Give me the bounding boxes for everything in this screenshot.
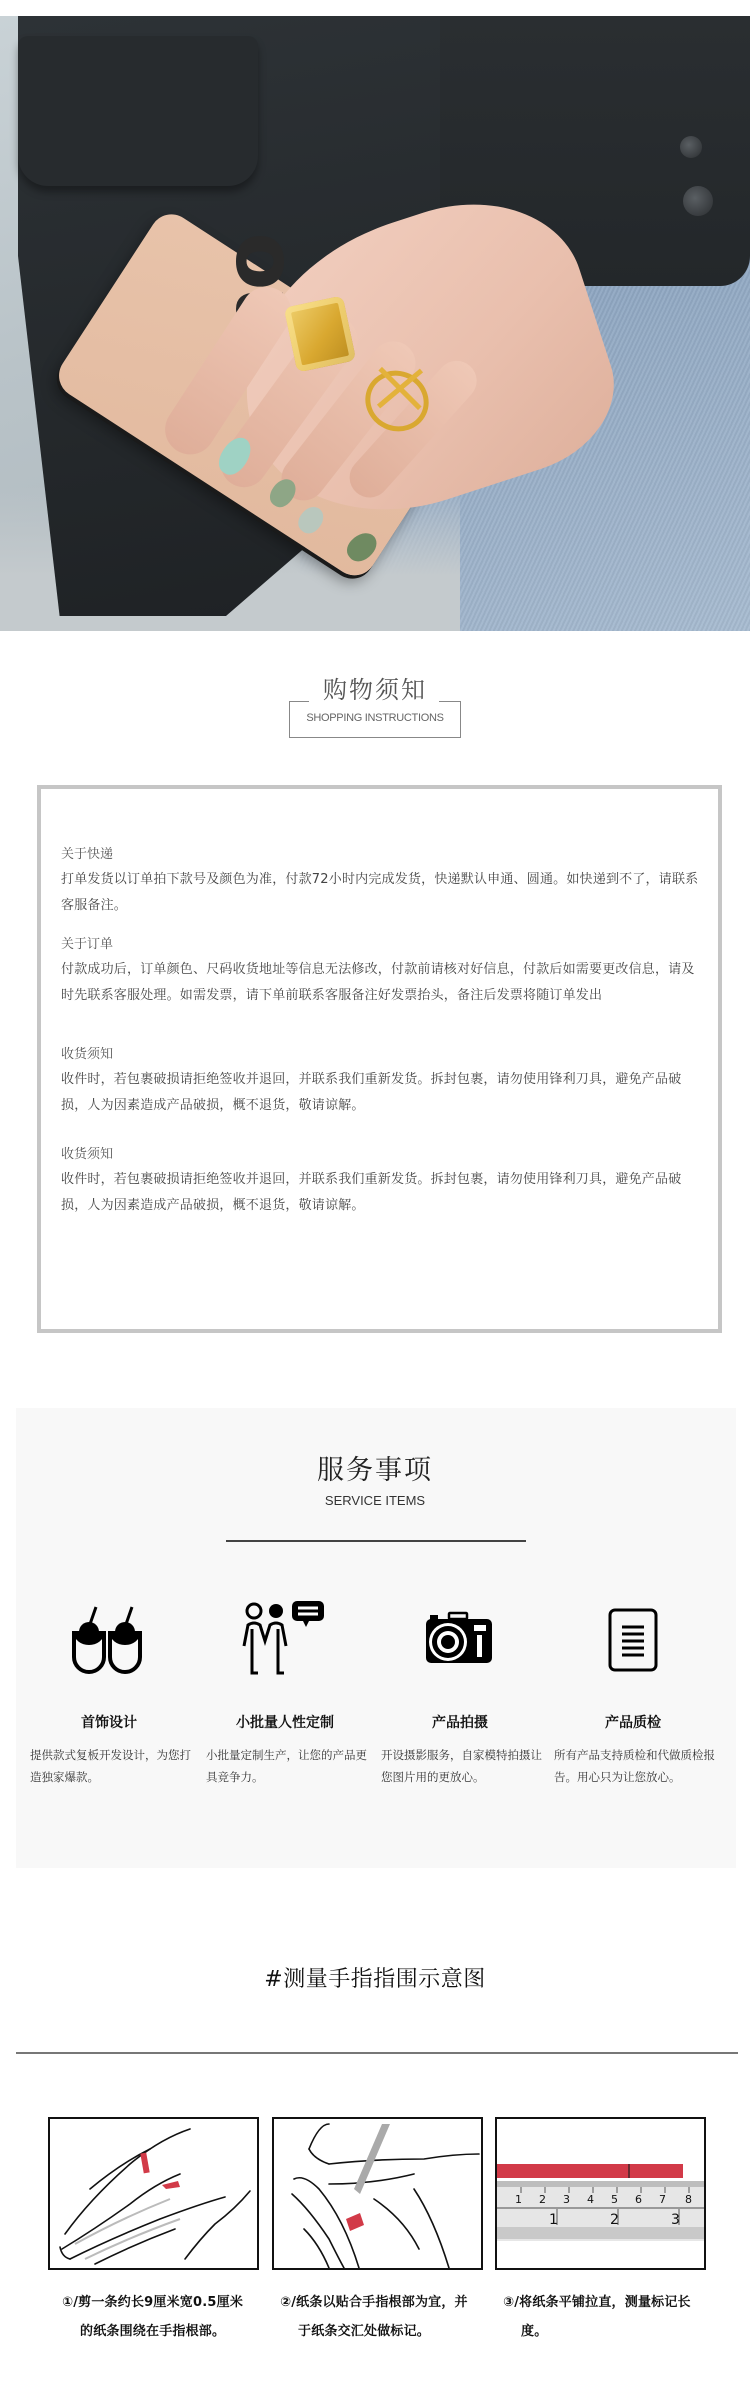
ruler-illustration: 1 2 3 4 5 6 7 8 1 2 3 (497, 2119, 704, 2268)
measure-step-2-caption: ②/纸条以贴合手指根部为宜，并 于纸条交汇处做标记。 (280, 2288, 468, 2346)
measure-divider (16, 2052, 738, 2054)
jacket-pocket (18, 36, 258, 186)
instruction-section-receiving: 收货须知 收件时，若包裹破损请拒绝签收并退回，并联系我们重新发货。拆封包裹，请勿… (61, 1045, 701, 1119)
ruler-mm-label: 5 (611, 2193, 618, 2206)
instruction-heading: 关于快递 (61, 845, 701, 865)
ruler-inch-label: 2 (610, 2212, 619, 2228)
sleeve-button (683, 186, 713, 216)
shopping-instructions-box: 关于快递 打单发货以订单拍下款号及颜色为准，付款72小时内完成发货，快递默认申通… (37, 785, 722, 1333)
ruler-mm-label: 1 (515, 2193, 522, 2206)
instruction-body: 付款成功后，订单颜色、尺码收货地址等信息无法修改，付款前请核对好信息，付款后如需… (61, 957, 701, 1009)
service-item-desc: 提供款式复板开发设计，为您打造独家爆款。 (24, 1744, 194, 1788)
ruler-mm-label: 3 (563, 2193, 570, 2206)
ruler-inch-label: 1 (549, 2212, 558, 2228)
caption-line: 的纸条围绕在手指根部。 (62, 2317, 243, 2346)
service-divider (226, 1540, 526, 1542)
service-item-desc: 小批量定制生产，让您的产品更具竞争力。 (200, 1744, 370, 1788)
hero-product-photo: no (0, 16, 750, 631)
measure-step-3-illustration: 1 2 3 4 5 6 7 8 1 2 3 (495, 2117, 706, 2270)
service-item-design: 首饰设计 提供款式复板开发设计，为您打造独家爆款。 (24, 1600, 194, 1788)
ruler-inch-label: 3 (671, 2212, 680, 2228)
ruler-mm-label: 2 (539, 2193, 546, 2206)
ruler-mm-label: 4 (587, 2193, 594, 2206)
instruction-section-shipping: 关于快递 打单发货以订单拍下款号及颜色为准，付款72小时内完成发货，快递默认申通… (61, 845, 701, 919)
hand-mark-illustration (274, 2119, 481, 2268)
service-item-label: 产品质检 (548, 1712, 718, 1732)
caption-line: ①/剪一条约长9厘米宽0.5厘米 (62, 2288, 243, 2317)
caption-line: 度。 (503, 2317, 691, 2346)
service-subtitle: SERVICE ITEMS (0, 1493, 750, 1508)
people-chat-icon (200, 1600, 370, 1680)
service-item-photography: 产品拍摄 开设摄影服务，自家模特拍摄让您图片用的更放心。 (375, 1600, 545, 1788)
instruction-body: 收件时，若包裹破损请拒绝签收并退回，并联系我们重新发货。拆封包裹，请勿使用锋利刀… (61, 1067, 701, 1119)
service-item-label: 产品拍摄 (375, 1712, 545, 1732)
service-title: 服务事项 (0, 1448, 750, 1487)
instruction-body: 打单发货以订单拍下款号及颜色为准，付款72小时内完成发货，快递默认申通、圆通。如… (61, 867, 701, 919)
caption-line: 于纸条交汇处做标记。 (280, 2317, 468, 2346)
hand-wrap-illustration (50, 2119, 257, 2268)
shopping-title: 购物须知 (0, 670, 750, 705)
instruction-heading: 收货须知 (61, 1145, 701, 1165)
service-item-label: 小批量人性定制 (200, 1712, 370, 1732)
caption-line: ②/纸条以贴合手指根部为宜，并 (280, 2288, 468, 2317)
service-item-desc: 所有产品支持质检和代做质检报告。用心只为让您放心。 (548, 1744, 718, 1788)
ruler-mm-label: 8 (685, 2193, 692, 2206)
measure-step-2-illustration (272, 2117, 483, 2270)
instruction-section-receiving-2: 收货须知 收件时，若包裹破损请拒绝签收并退回，并联系我们重新发货。拆封包裹，请勿… (61, 1145, 701, 1219)
caption-line: ③/将纸条平铺拉直，测量标记长 (503, 2288, 691, 2317)
instruction-heading: 关于订单 (61, 935, 701, 955)
measure-title: #测量手指指围示意图 (0, 1962, 750, 1993)
measure-step-1-caption: ①/剪一条约长9厘米宽0.5厘米 的纸条围绕在手指根部。 (62, 2288, 243, 2346)
ruler-mm-label: 6 (635, 2193, 642, 2206)
service-item-quality: 产品质检 所有产品支持质检和代做质检报告。用心只为让您放心。 (548, 1600, 718, 1788)
service-item-custom: 小批量人性定制 小批量定制生产，让您的产品更具竞争力。 (200, 1600, 370, 1788)
instruction-heading: 收货须知 (61, 1045, 701, 1065)
service-item-desc: 开设摄影服务，自家模特拍摄让您图片用的更放心。 (375, 1744, 545, 1788)
shopping-subtitle: SHOPPING INSTRUCTIONS (289, 712, 461, 724)
camera-icon (375, 1600, 545, 1680)
instruction-section-order: 关于订单 付款成功后，订单颜色、尺码收货地址等信息无法修改，付款前请核对好信息，… (61, 935, 701, 1009)
sleeve-button (680, 136, 702, 158)
paper-strip (497, 2164, 683, 2178)
service-item-label: 首饰设计 (24, 1712, 194, 1732)
instruction-body: 收件时，若包裹破损请拒绝签收并退回，并联系我们重新发货。拆封包裹，请勿使用锋利刀… (61, 1167, 701, 1219)
document-icon (548, 1600, 718, 1680)
earrings-icon (24, 1600, 194, 1680)
ruler-mm-label: 7 (659, 2193, 666, 2206)
measure-step-3-caption: ③/将纸条平铺拉直，测量标记长 度。 (503, 2288, 691, 2346)
measure-step-1-illustration (48, 2117, 259, 2270)
